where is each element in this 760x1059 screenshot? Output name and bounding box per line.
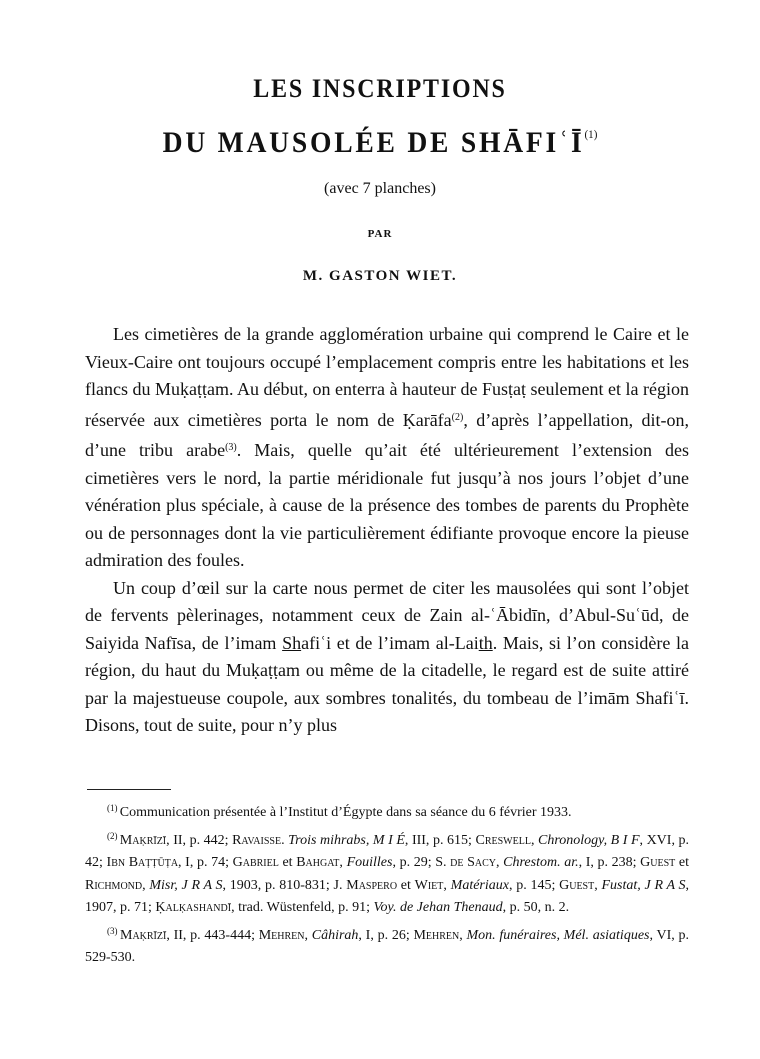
work-title: Chrestom. ar. <box>503 855 578 870</box>
footnote-text: , p. 29; S. <box>392 855 450 870</box>
footnote-2: (2) Maḳrīzī, II, p. 442; Ravaisse. Trois… <box>85 825 689 920</box>
footnote-text: , <box>531 833 538 848</box>
footnote-text: , I, p. 238; <box>579 855 641 870</box>
footnote-ref-2[interactable]: (2) <box>452 412 464 423</box>
footnotes: (1) Communication présentée à l’Institut… <box>85 797 689 970</box>
author-citation: Bahgat <box>296 855 339 870</box>
work-title: Chronology, B I F <box>538 833 640 848</box>
author-citation: Richmond <box>85 878 142 893</box>
document-page: LES INSCRIPTIONS DU MAUSOLÉE DE SHĀFIʿĪ(… <box>0 0 760 1059</box>
title-footnote-marker[interactable]: (1) <box>584 127 597 141</box>
footnote-text: et <box>397 878 415 893</box>
underlined-transliteration: Sh <box>282 633 301 653</box>
footnote-divider <box>87 789 171 790</box>
author-name: M. GASTON WIET. <box>0 268 760 285</box>
paragraph-text: afiʿi et de l’imam al-Lai <box>301 633 479 653</box>
footnote-text: , I, p. 74; <box>178 855 233 870</box>
footnote-text: Communication présentée à l’Institut d’É… <box>120 805 572 820</box>
work-title: Trois mihrabs, M I É <box>288 833 405 848</box>
footnote-text: , II, p. 442; <box>166 833 232 848</box>
footnote-text: , 1903, p. 810-831; J. <box>223 878 347 893</box>
author-citation: de Sacy <box>450 855 496 870</box>
work-title: Fustat, J R A S <box>601 878 685 893</box>
work-title: Matériaux <box>451 878 509 893</box>
footnote-text: , p. 50, n. 2. <box>503 900 570 915</box>
author-citation: Maspero <box>346 878 397 893</box>
footnote-text: , II, p. 443-444; <box>166 928 258 943</box>
author-citation: Ravaisse <box>232 833 281 848</box>
author-citation: Guest <box>559 878 594 893</box>
paragraph-2: Un coup d’œil sur la carte nous permet d… <box>85 575 689 740</box>
work-title: Câhirah <box>312 928 359 943</box>
title-line-2: DU MAUSOLÉE DE SHĀFIʿĪ(1) <box>30 126 729 160</box>
author-citation: Creswell <box>475 833 530 848</box>
author-citation: Gabriel <box>233 855 279 870</box>
author-citation: Maḳrīzī <box>120 928 166 943</box>
footnote-ref-3[interactable]: (3) <box>225 442 237 453</box>
footnote-marker: (3) <box>107 926 120 936</box>
footnote-marker: (1) <box>107 803 120 813</box>
body-text: Les cimetières de la grande agglomératio… <box>85 321 689 740</box>
footnote-text: , <box>459 928 466 943</box>
footnote-text: , <box>339 855 346 870</box>
footnote-text: , <box>304 928 311 943</box>
footnote-text: , III, p. 615; <box>405 833 476 848</box>
author-citation: Mehren <box>413 928 459 943</box>
footnote-text: , p. 145; <box>509 878 559 893</box>
subtitle: (avec 7 planches) <box>0 180 760 198</box>
work-title: Fouilles <box>347 855 393 870</box>
work-title: Misr, J R A S <box>149 878 222 893</box>
author-citation: Ibn Baṭṭūṭa <box>107 855 179 870</box>
footnote-text: , I, p. 26; <box>358 928 413 943</box>
footnote-marker: (2) <box>107 831 120 841</box>
byline-label: PAR <box>0 228 760 240</box>
author-citation: Ḳalḳashandī <box>155 900 231 915</box>
author-citation: Maḳrīzī <box>120 833 166 848</box>
author-citation: Wiet <box>415 878 444 893</box>
paragraph-1: Les cimetières de la grande agglomératio… <box>85 321 689 575</box>
title-line-1: LES INSCRIPTIONS <box>30 74 729 104</box>
footnote-text: , <box>443 878 450 893</box>
footnote-text: et <box>675 855 689 870</box>
footnote-text: et <box>279 855 296 870</box>
work-title: Mon. funéraires, Mél. asiatiques <box>467 928 650 943</box>
work-title: Voy. de Jehan Thenaud <box>374 900 503 915</box>
footnote-text: , trad. Wüstenfeld, p. 91; <box>231 900 373 915</box>
footnote-3: (3) Maḳrīzī, II, p. 443-444; Mehren, Câh… <box>85 920 689 970</box>
author-citation: Guest <box>640 855 675 870</box>
footnote-1: (1) Communication présentée à l’Institut… <box>85 797 689 825</box>
title-line-2-text: DU MAUSOLÉE DE SHĀFIʿĪ <box>163 126 585 159</box>
author-citation: Mehren <box>259 928 305 943</box>
underlined-transliteration: th <box>479 633 493 653</box>
